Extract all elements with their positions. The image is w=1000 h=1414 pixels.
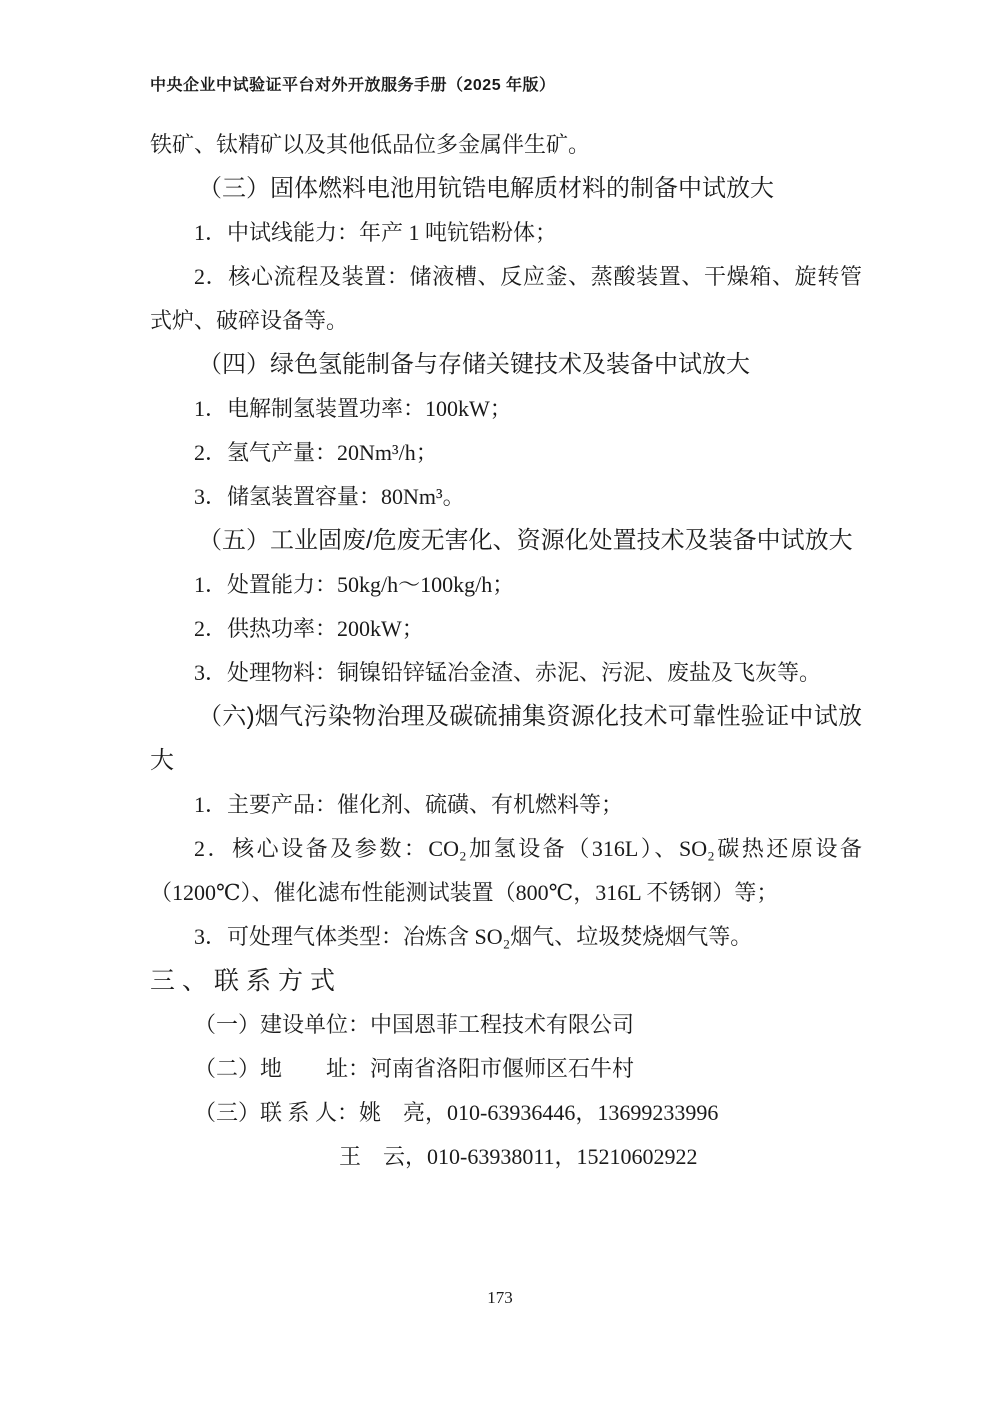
section-heading-5: （五）工业固废/危废无害化、资源化处置技术及装备中试放大 [150, 519, 862, 563]
list-item: 1．处置能力：50kg/h～100kg/h； [150, 563, 862, 607]
list-item: 3．可处理气体类型：冶炼含 SO₂烟气、垃圾焚烧烟气等。 [150, 915, 862, 959]
list-item: 1．中试线能力：年产 1 吨钪锆粉体； [150, 211, 862, 255]
document-body: 铁矿、钛精矿以及其他低品位多金属伴生矿。 （三）固体燃料电池用钪锆电解质材料的制… [150, 123, 862, 1179]
list-item: 2．核心设备及参数：CO₂加氢设备（316L）、SO₂碳热还原设备（1200℃）… [150, 827, 862, 915]
list-item: 3．处理物料：铜镍铅锌锰冶金渣、赤泥、污泥、废盐及飞灰等。 [150, 651, 862, 695]
list-item: 2．供热功率：200kW； [150, 607, 862, 651]
contact-line-person-2: 王 云，010-63938011，15210602922 [150, 1135, 862, 1179]
list-item: 1．主要产品：催化剂、硫磺、有机燃料等； [150, 783, 862, 827]
list-item: 2．核心流程及装置：储液槽、反应釜、蒸酸装置、干燥箱、旋转管式炉、破碎设备等。 [150, 255, 862, 343]
list-item: 2．氢气产量：20Nm³/h； [150, 431, 862, 475]
contact-line-builder: （一）建设单位：中国恩菲工程技术有限公司 [150, 1003, 862, 1047]
paragraph-continuation: 铁矿、钛精矿以及其他低品位多金属伴生矿。 [150, 123, 862, 167]
section-heading-3: （三）固体燃料电池用钪锆电解质材料的制备中试放大 [150, 167, 862, 211]
list-item: 1．电解制氢装置功率：100kW； [150, 387, 862, 431]
section-heading-6: （六)烟气污染物治理及碳硫捕集资源化技术可靠性验证中试放大 [150, 695, 862, 783]
contact-line-person-1: （三）联 系 人：姚 亮，010-63936446，13699233996 [150, 1091, 862, 1135]
contact-line-address: （二）地 址：河南省洛阳市偃师区石牛村 [150, 1047, 862, 1091]
list-item: 3．储氢装置容量：80Nm³。 [150, 475, 862, 519]
document-page: 中央企业中试验证平台对外开放服务手册（2025 年版） 铁矿、钛精矿以及其他低品… [0, 0, 1000, 1414]
running-header: 中央企业中试验证平台对外开放服务手册（2025 年版） [150, 72, 556, 95]
contact-section-heading: 三、联系方式 [150, 959, 862, 1003]
page-number: 173 [0, 1288, 1000, 1308]
section-heading-4: （四）绿色氢能制备与存储关键技术及装备中试放大 [150, 343, 862, 387]
